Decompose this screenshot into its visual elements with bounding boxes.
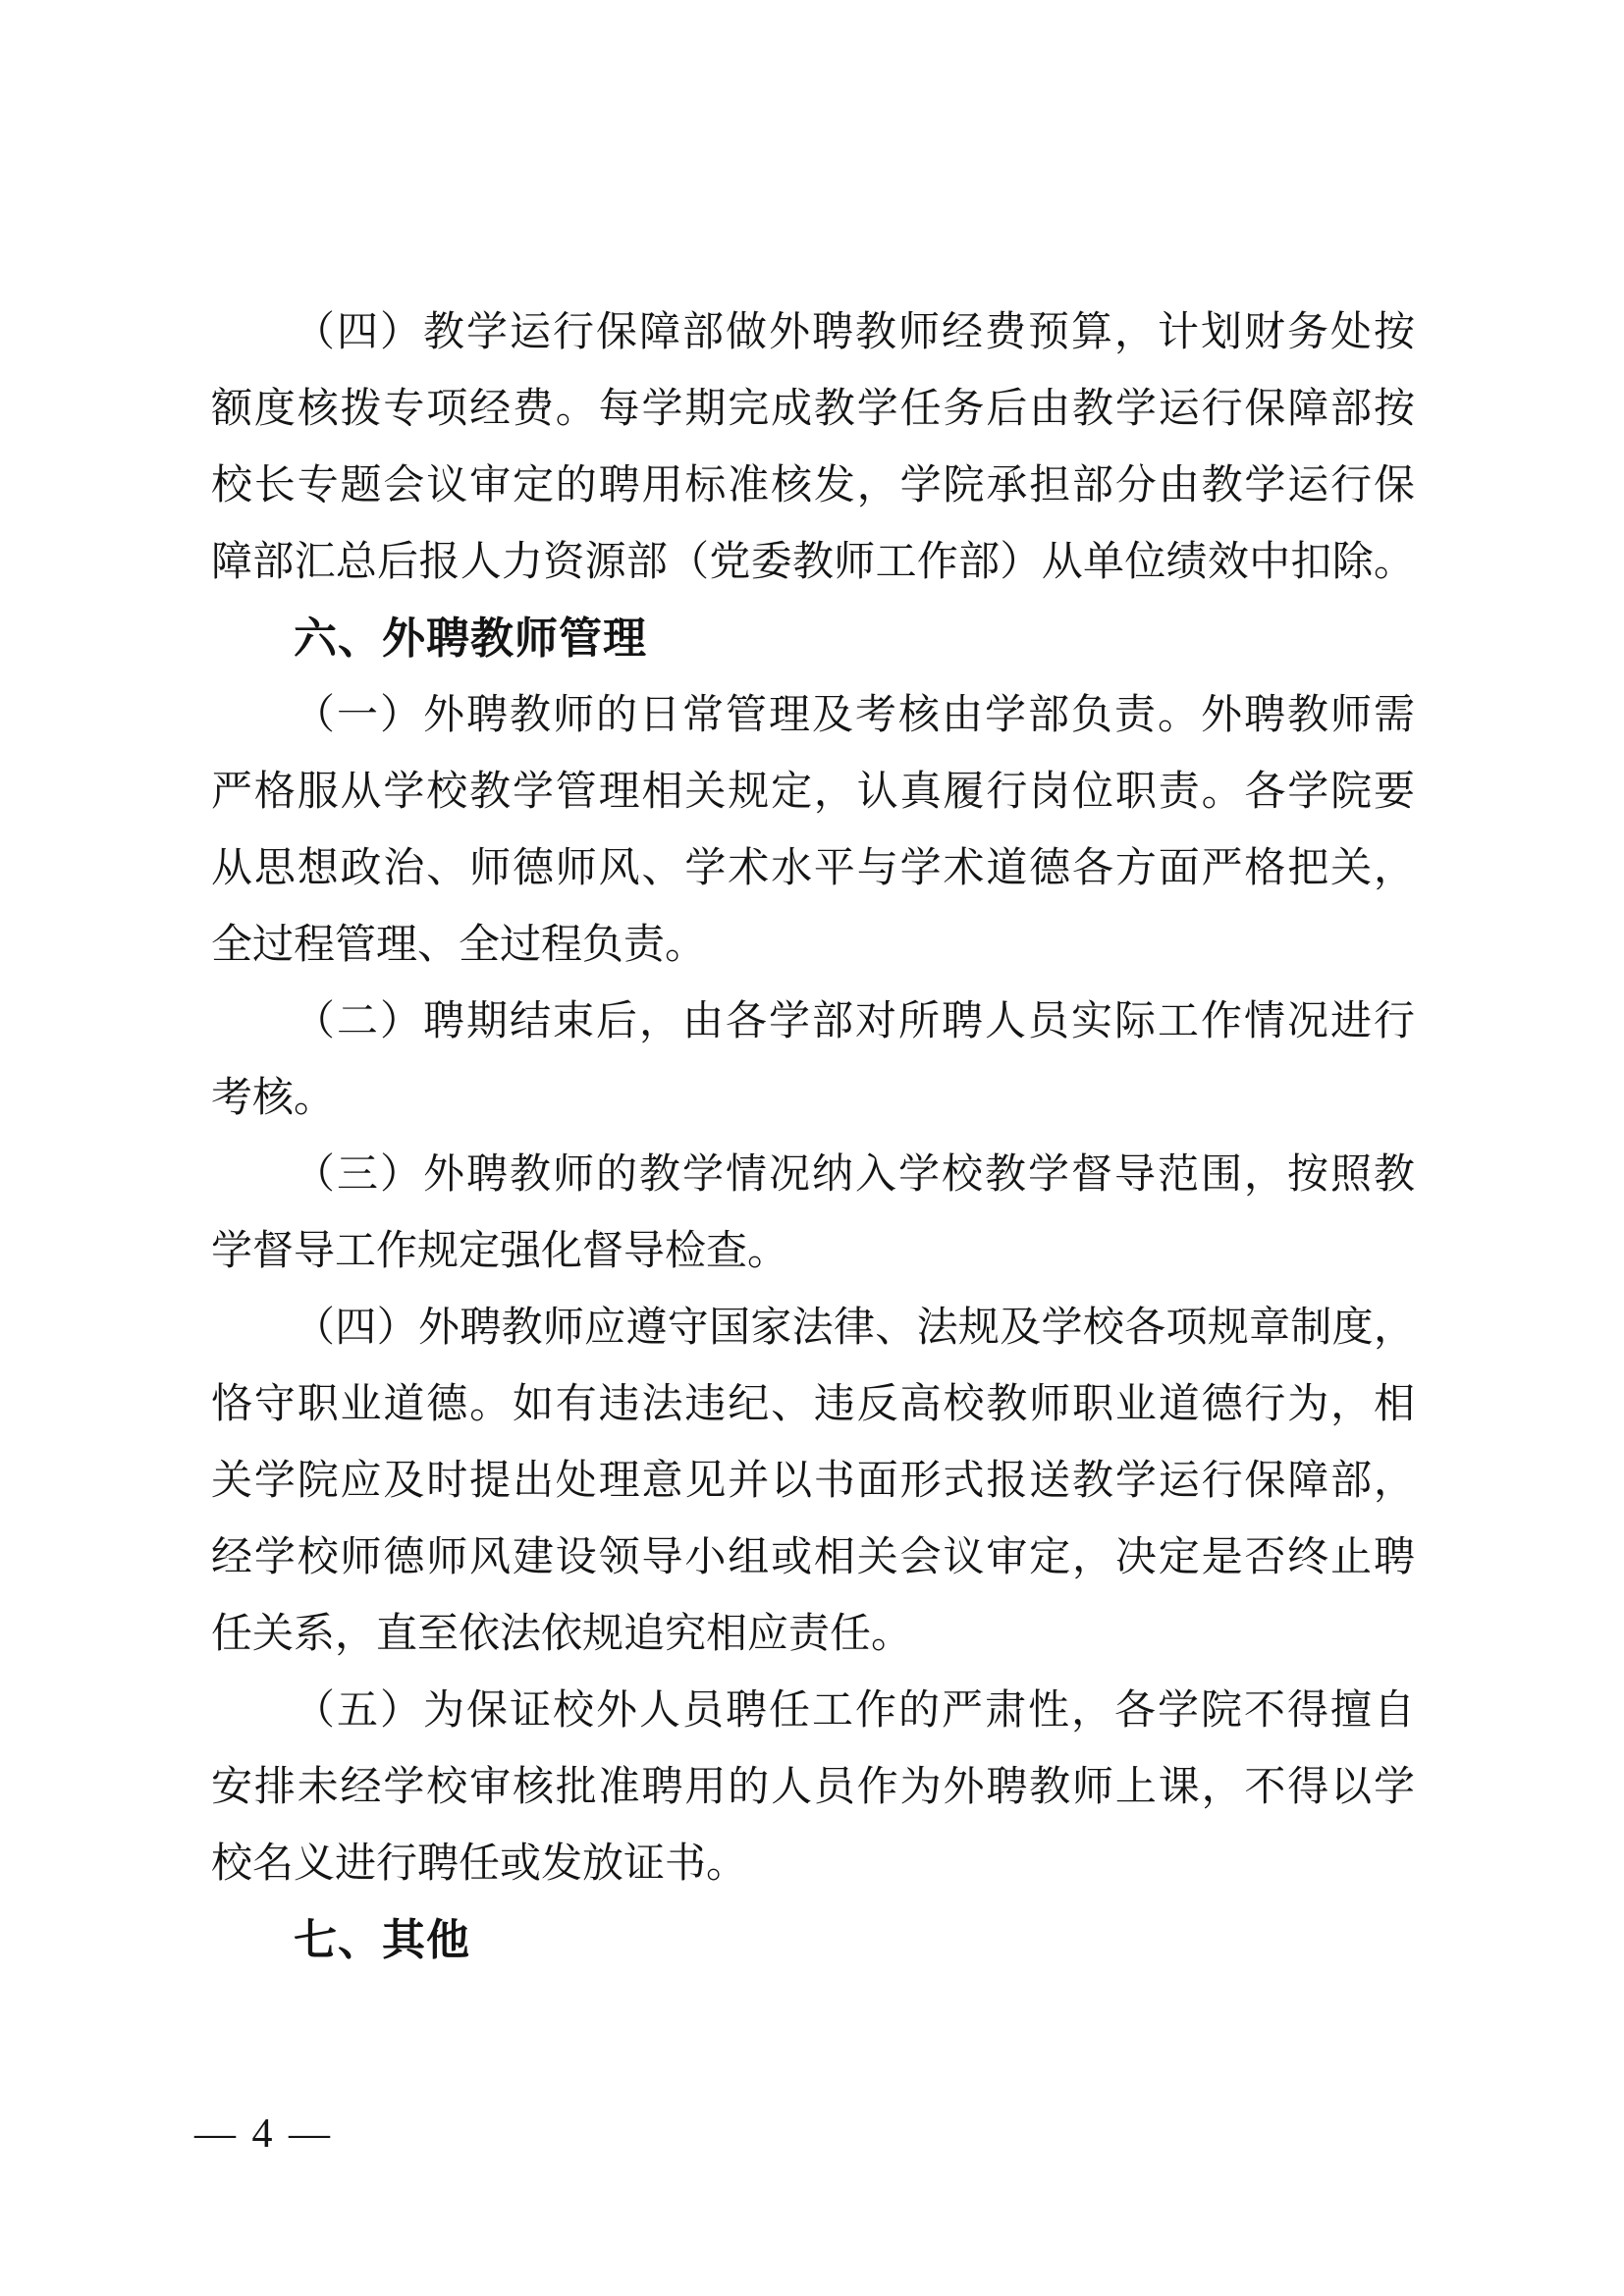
paragraph-sec6-item2: （二）聘期结束后，由各学部对所聘人员实际工作情况进行 考核。 xyxy=(211,984,1415,1137)
text-line: （三）外聘教师的教学情况纳入学校教学督导范围，按照教 xyxy=(211,1137,1415,1213)
paragraph-sec6-item1: （一）外聘教师的日常管理及考核由学部负责。外聘教师需 严格服从学校教学管理相关规… xyxy=(211,677,1415,984)
paragraph-sec6-item3: （三）外聘教师的教学情况纳入学校教学督导范围，按照教 学督导工作规定强化督导检查… xyxy=(211,1137,1415,1290)
text-line: 全过程管理、全过程负责。 xyxy=(211,907,1415,984)
section-heading-six: 六、外聘教师管理 xyxy=(211,601,1415,677)
text-line: 校长专题会议审定的聘用标准核发，学院承担部分由教学运行保 xyxy=(211,448,1415,524)
text-line: 经学校师德师风建设领导小组或相关会议审定，决定是否终止聘 xyxy=(211,1520,1415,1596)
document-body: （四）教学运行保障部做外聘教师经费预算，计划财务处按 额度核拨专项经费。每学期完… xyxy=(211,294,1415,1979)
document-page: （四）教学运行保障部做外聘教师经费预算，计划财务处按 额度核拨专项经费。每学期完… xyxy=(0,0,1624,2296)
text-line: （四）教学运行保障部做外聘教师经费预算，计划财务处按 xyxy=(211,294,1415,371)
page-number: — 4 — xyxy=(194,2109,333,2160)
text-line: 校名义进行聘任或发放证书。 xyxy=(211,1826,1415,1902)
text-line: 从思想政治、师德师风、学术水平与学术道德各方面严格把关， xyxy=(211,830,1415,907)
text-line: 障部汇总后报人力资源部（党委教师工作部）从单位绩效中扣除。 xyxy=(211,524,1415,601)
paragraph-sec5-item4: （四）教学运行保障部做外聘教师经费预算，计划财务处按 额度核拨专项经费。每学期完… xyxy=(211,294,1415,601)
text-line: （五）为保证校外人员聘任工作的严肃性，各学院不得擅自 xyxy=(211,1673,1415,1749)
text-line: 恪守职业道德。如有违法违纪、违反高校教师职业道德行为，相 xyxy=(211,1366,1415,1443)
text-line: （一）外聘教师的日常管理及考核由学部负责。外聘教师需 xyxy=(211,677,1415,754)
text-line: 学督导工作规定强化督导检查。 xyxy=(211,1213,1415,1290)
text-line: 严格服从学校教学管理相关规定，认真履行岗位职责。各学院要 xyxy=(211,754,1415,830)
section-heading-seven: 七、其他 xyxy=(211,1902,1415,1979)
text-line: 任关系，直至依法依规追究相应责任。 xyxy=(211,1596,1415,1673)
text-line: 额度核拨专项经费。每学期完成教学任务后由教学运行保障部按 xyxy=(211,371,1415,448)
text-line: 关学院应及时提出处理意见并以书面形式报送教学运行保障部， xyxy=(211,1443,1415,1520)
text-line: 考核。 xyxy=(211,1060,1415,1137)
text-line: （四）外聘教师应遵守国家法律、法规及学校各项规章制度， xyxy=(211,1290,1415,1366)
paragraph-sec6-item5: （五）为保证校外人员聘任工作的严肃性，各学院不得擅自 安排未经学校审核批准聘用的… xyxy=(211,1673,1415,1902)
paragraph-sec6-item4: （四）外聘教师应遵守国家法律、法规及学校各项规章制度， 恪守职业道德。如有违法违… xyxy=(211,1290,1415,1673)
text-line: 安排未经学校审核批准聘用的人员作为外聘教师上课，不得以学 xyxy=(211,1749,1415,1826)
text-line: （二）聘期结束后，由各学部对所聘人员实际工作情况进行 xyxy=(211,984,1415,1060)
